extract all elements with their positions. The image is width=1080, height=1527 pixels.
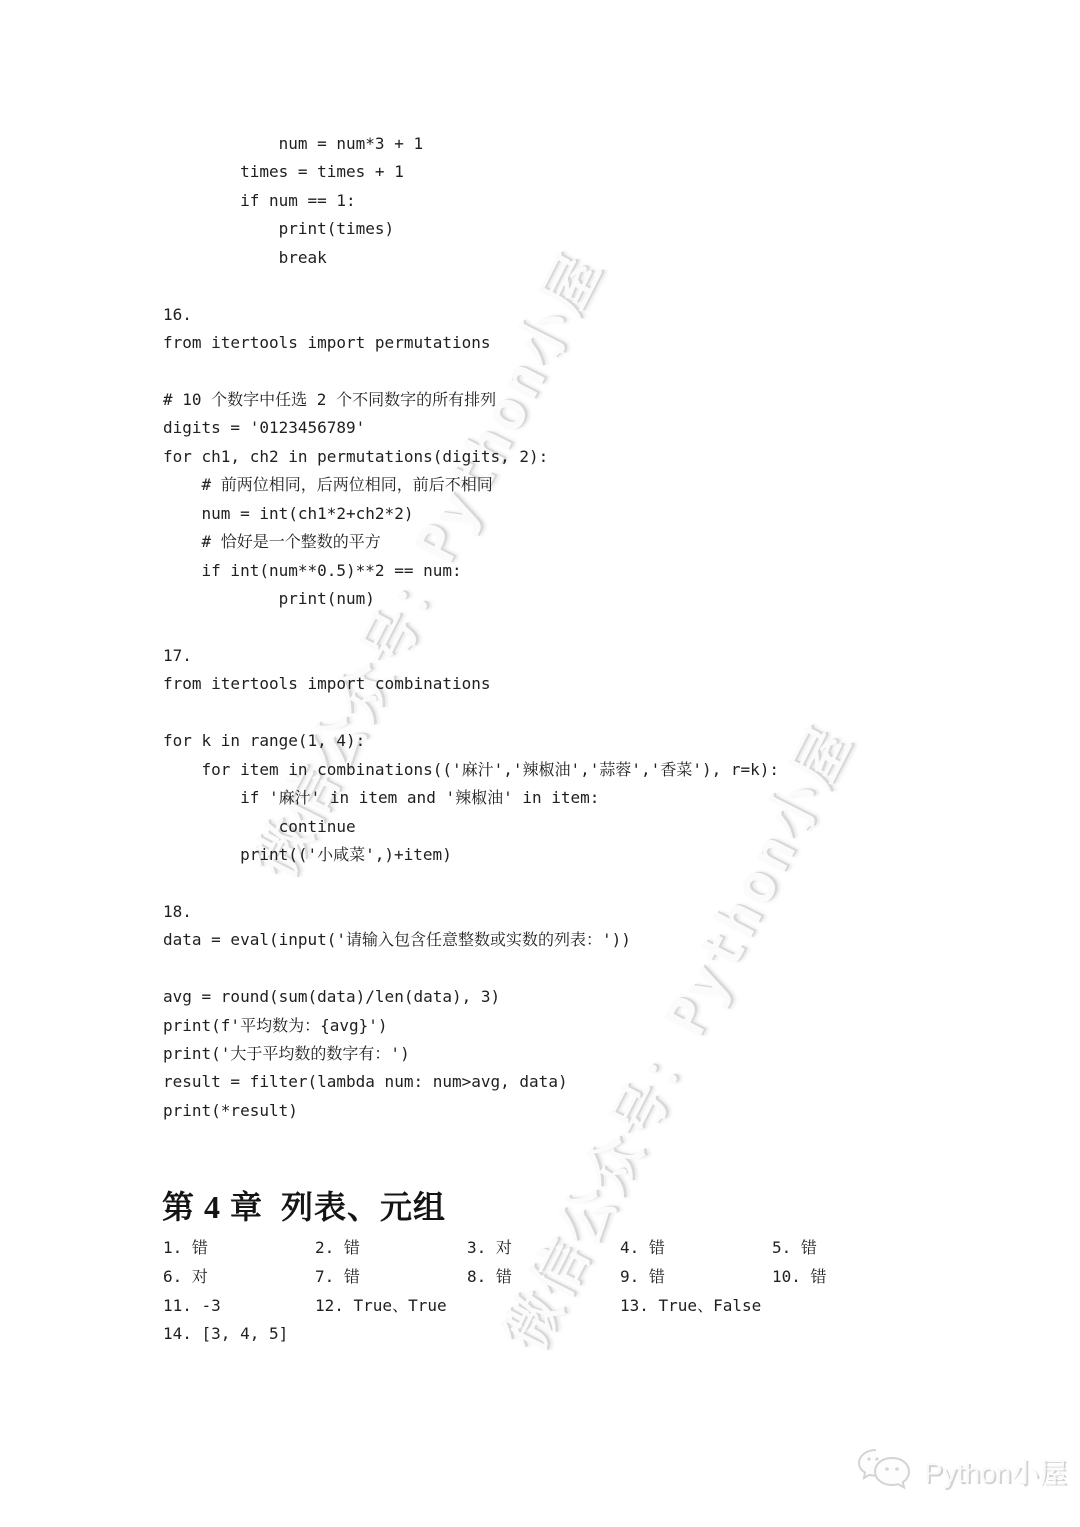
chapter-heading: 第 4 章 列表、元组 xyxy=(162,1182,446,1228)
code-line: if '麻汁' in item and '辣椒油' in item: xyxy=(163,784,779,812)
code-line: for item in combinations(('麻汁','辣椒油','蒜蓉… xyxy=(163,756,779,784)
code-line: 18. xyxy=(163,898,779,926)
document-page: 微信公众号：Python小屋 微信公众号：Python小屋 num = num*… xyxy=(0,0,1080,1527)
code-line: # 恰好是一个整数的平方 xyxy=(163,528,779,556)
code-line: result = filter(lambda num: num>avg, dat… xyxy=(163,1068,779,1096)
code-line xyxy=(163,358,779,386)
answer-item: 14. [3, 4, 5] xyxy=(163,1322,288,1346)
code-line: times = times + 1 xyxy=(163,158,779,186)
code-line: from itertools import permutations xyxy=(163,329,779,357)
code-line: # 10 个数字中任选 2 个不同数字的所有排列 xyxy=(163,386,779,414)
code-line: num = num*3 + 1 xyxy=(163,130,779,158)
answer-item: 5. 错 xyxy=(772,1236,817,1260)
answer-item: 6. 对 xyxy=(163,1265,208,1289)
code-line: # 前两位相同，后两位相同，前后不相同 xyxy=(163,471,779,499)
code-block: num = num*3 + 1 times = times + 1 if num… xyxy=(163,130,779,1125)
code-line xyxy=(163,699,779,727)
answer-item: 3. 对 xyxy=(467,1236,512,1260)
code-line xyxy=(163,869,779,897)
code-line: continue xyxy=(163,813,779,841)
answer-item: 11. -3 xyxy=(163,1294,221,1318)
code-line: data = eval(input('请输入包含任意整数或实数的列表：')) xyxy=(163,926,779,954)
code-line: for ch1, ch2 in permutations(digits, 2): xyxy=(163,443,779,471)
answer-item: 8. 错 xyxy=(467,1265,512,1289)
code-line: for k in range(1, 4): xyxy=(163,727,779,755)
answer-item: 4. 错 xyxy=(620,1236,665,1260)
code-line: digits = '0123456789' xyxy=(163,414,779,442)
code-line xyxy=(163,613,779,641)
code-line: break xyxy=(163,244,779,272)
code-line: avg = round(sum(data)/len(data), 3) xyxy=(163,983,779,1011)
code-line: print(('小咸菜',)+item) xyxy=(163,841,779,869)
brand-logo: Python小屋 xyxy=(856,1446,1067,1496)
code-line: print(*result) xyxy=(163,1097,779,1125)
code-line: 16. xyxy=(163,301,779,329)
answer-item: 10. 错 xyxy=(772,1265,827,1289)
answer-item: 1. 错 xyxy=(163,1236,208,1260)
code-line xyxy=(163,955,779,983)
code-line: 17. xyxy=(163,642,779,670)
logo-text: Python小屋 xyxy=(924,1451,1067,1491)
wechat-icon xyxy=(856,1446,914,1496)
code-line: print('大于平均数的数字有：') xyxy=(163,1040,779,1068)
code-line: num = int(ch1*2+ch2*2) xyxy=(163,500,779,528)
code-line: print(f'平均数为：{avg}') xyxy=(163,1012,779,1040)
code-line: if num == 1: xyxy=(163,187,779,215)
code-line xyxy=(163,272,779,300)
answer-item: 7. 错 xyxy=(315,1265,360,1289)
code-line: print(num) xyxy=(163,585,779,613)
code-line: print(times) xyxy=(163,215,779,243)
answer-item: 2. 错 xyxy=(315,1236,360,1260)
code-line: from itertools import combinations xyxy=(163,670,779,698)
answer-item: 12. True、True xyxy=(315,1294,447,1318)
answer-item: 13. True、False xyxy=(620,1294,761,1318)
code-line: if int(num**0.5)**2 == num: xyxy=(163,557,779,585)
answer-item: 9. 错 xyxy=(620,1265,665,1289)
